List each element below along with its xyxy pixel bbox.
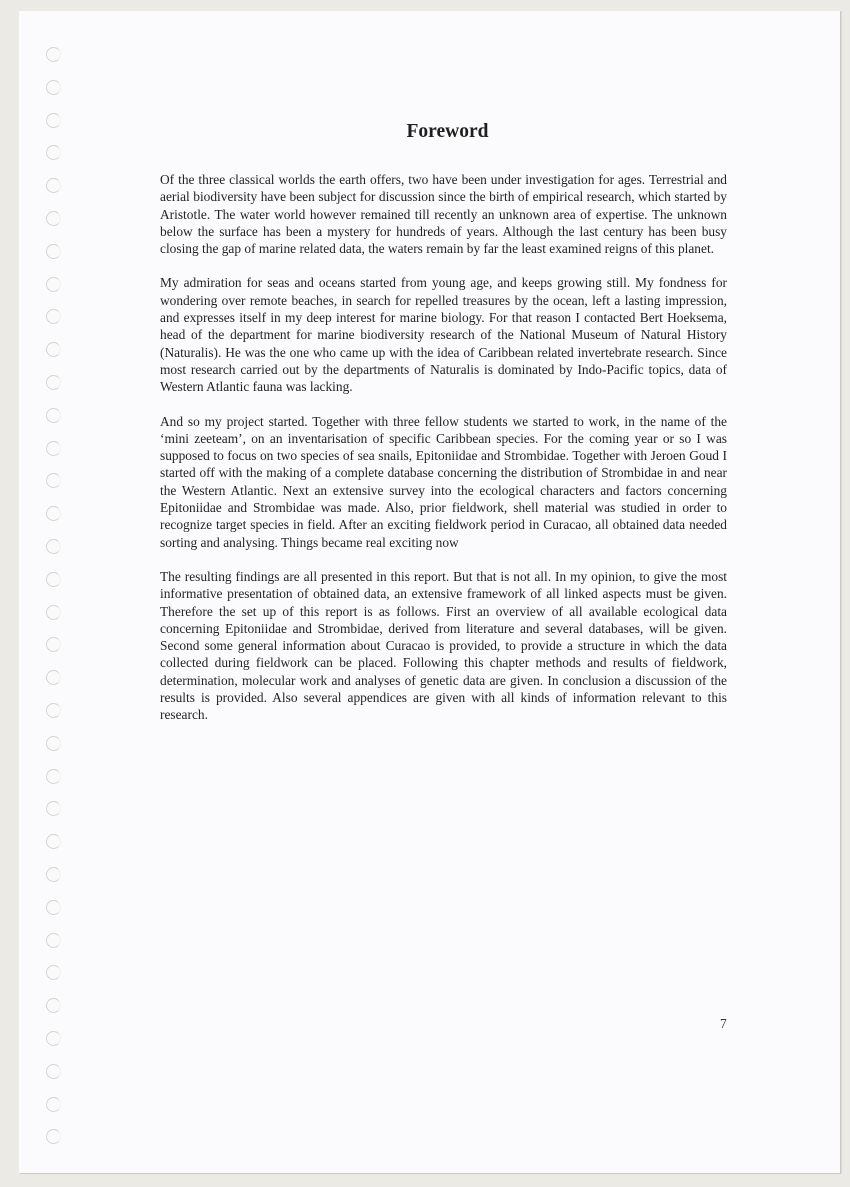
binder-hole bbox=[46, 1031, 61, 1046]
binder-hole bbox=[46, 801, 61, 816]
binder-hole bbox=[46, 539, 61, 554]
binder-hole bbox=[46, 47, 61, 62]
binder-hole bbox=[46, 473, 61, 488]
binder-holes bbox=[46, 47, 62, 1167]
binder-hole bbox=[46, 769, 61, 784]
binder-hole bbox=[46, 736, 61, 751]
binder-hole bbox=[46, 933, 61, 948]
binder-hole bbox=[46, 113, 61, 128]
paragraph-motivation: My admiration for seas and oceans starte… bbox=[160, 274, 727, 395]
binder-hole bbox=[46, 998, 61, 1013]
binder-hole bbox=[46, 244, 61, 259]
binder-hole bbox=[46, 965, 61, 980]
binder-hole bbox=[46, 506, 61, 521]
page-title: Foreword bbox=[160, 118, 727, 171]
binder-hole bbox=[46, 637, 61, 652]
binder-hole bbox=[46, 867, 61, 882]
binder-hole bbox=[46, 309, 61, 324]
page-number: 7 bbox=[720, 1016, 727, 1032]
binder-hole bbox=[46, 1129, 61, 1144]
binder-hole bbox=[46, 441, 61, 456]
binder-hole bbox=[46, 277, 61, 292]
binder-hole bbox=[46, 834, 61, 849]
binder-hole bbox=[46, 211, 61, 226]
binder-hole bbox=[46, 572, 61, 587]
binder-hole bbox=[46, 178, 61, 193]
binder-hole bbox=[46, 80, 61, 95]
foreword-content: Foreword Of the three classical worlds t… bbox=[160, 118, 727, 741]
binder-hole bbox=[46, 703, 61, 718]
binder-hole bbox=[46, 1097, 61, 1112]
binder-hole bbox=[46, 342, 61, 357]
binder-hole bbox=[46, 1064, 61, 1079]
binder-hole bbox=[46, 900, 61, 915]
binder-hole bbox=[46, 375, 61, 390]
paragraph-project: And so my project started. Together with… bbox=[160, 413, 727, 551]
binder-hole bbox=[46, 408, 61, 423]
binder-hole bbox=[46, 605, 61, 620]
paragraph-intro: Of the three classical worlds the earth … bbox=[160, 171, 727, 257]
paragraph-report-structure: The resulting findings are all presented… bbox=[160, 568, 727, 724]
binder-hole bbox=[46, 670, 61, 685]
binder-hole bbox=[46, 145, 61, 160]
